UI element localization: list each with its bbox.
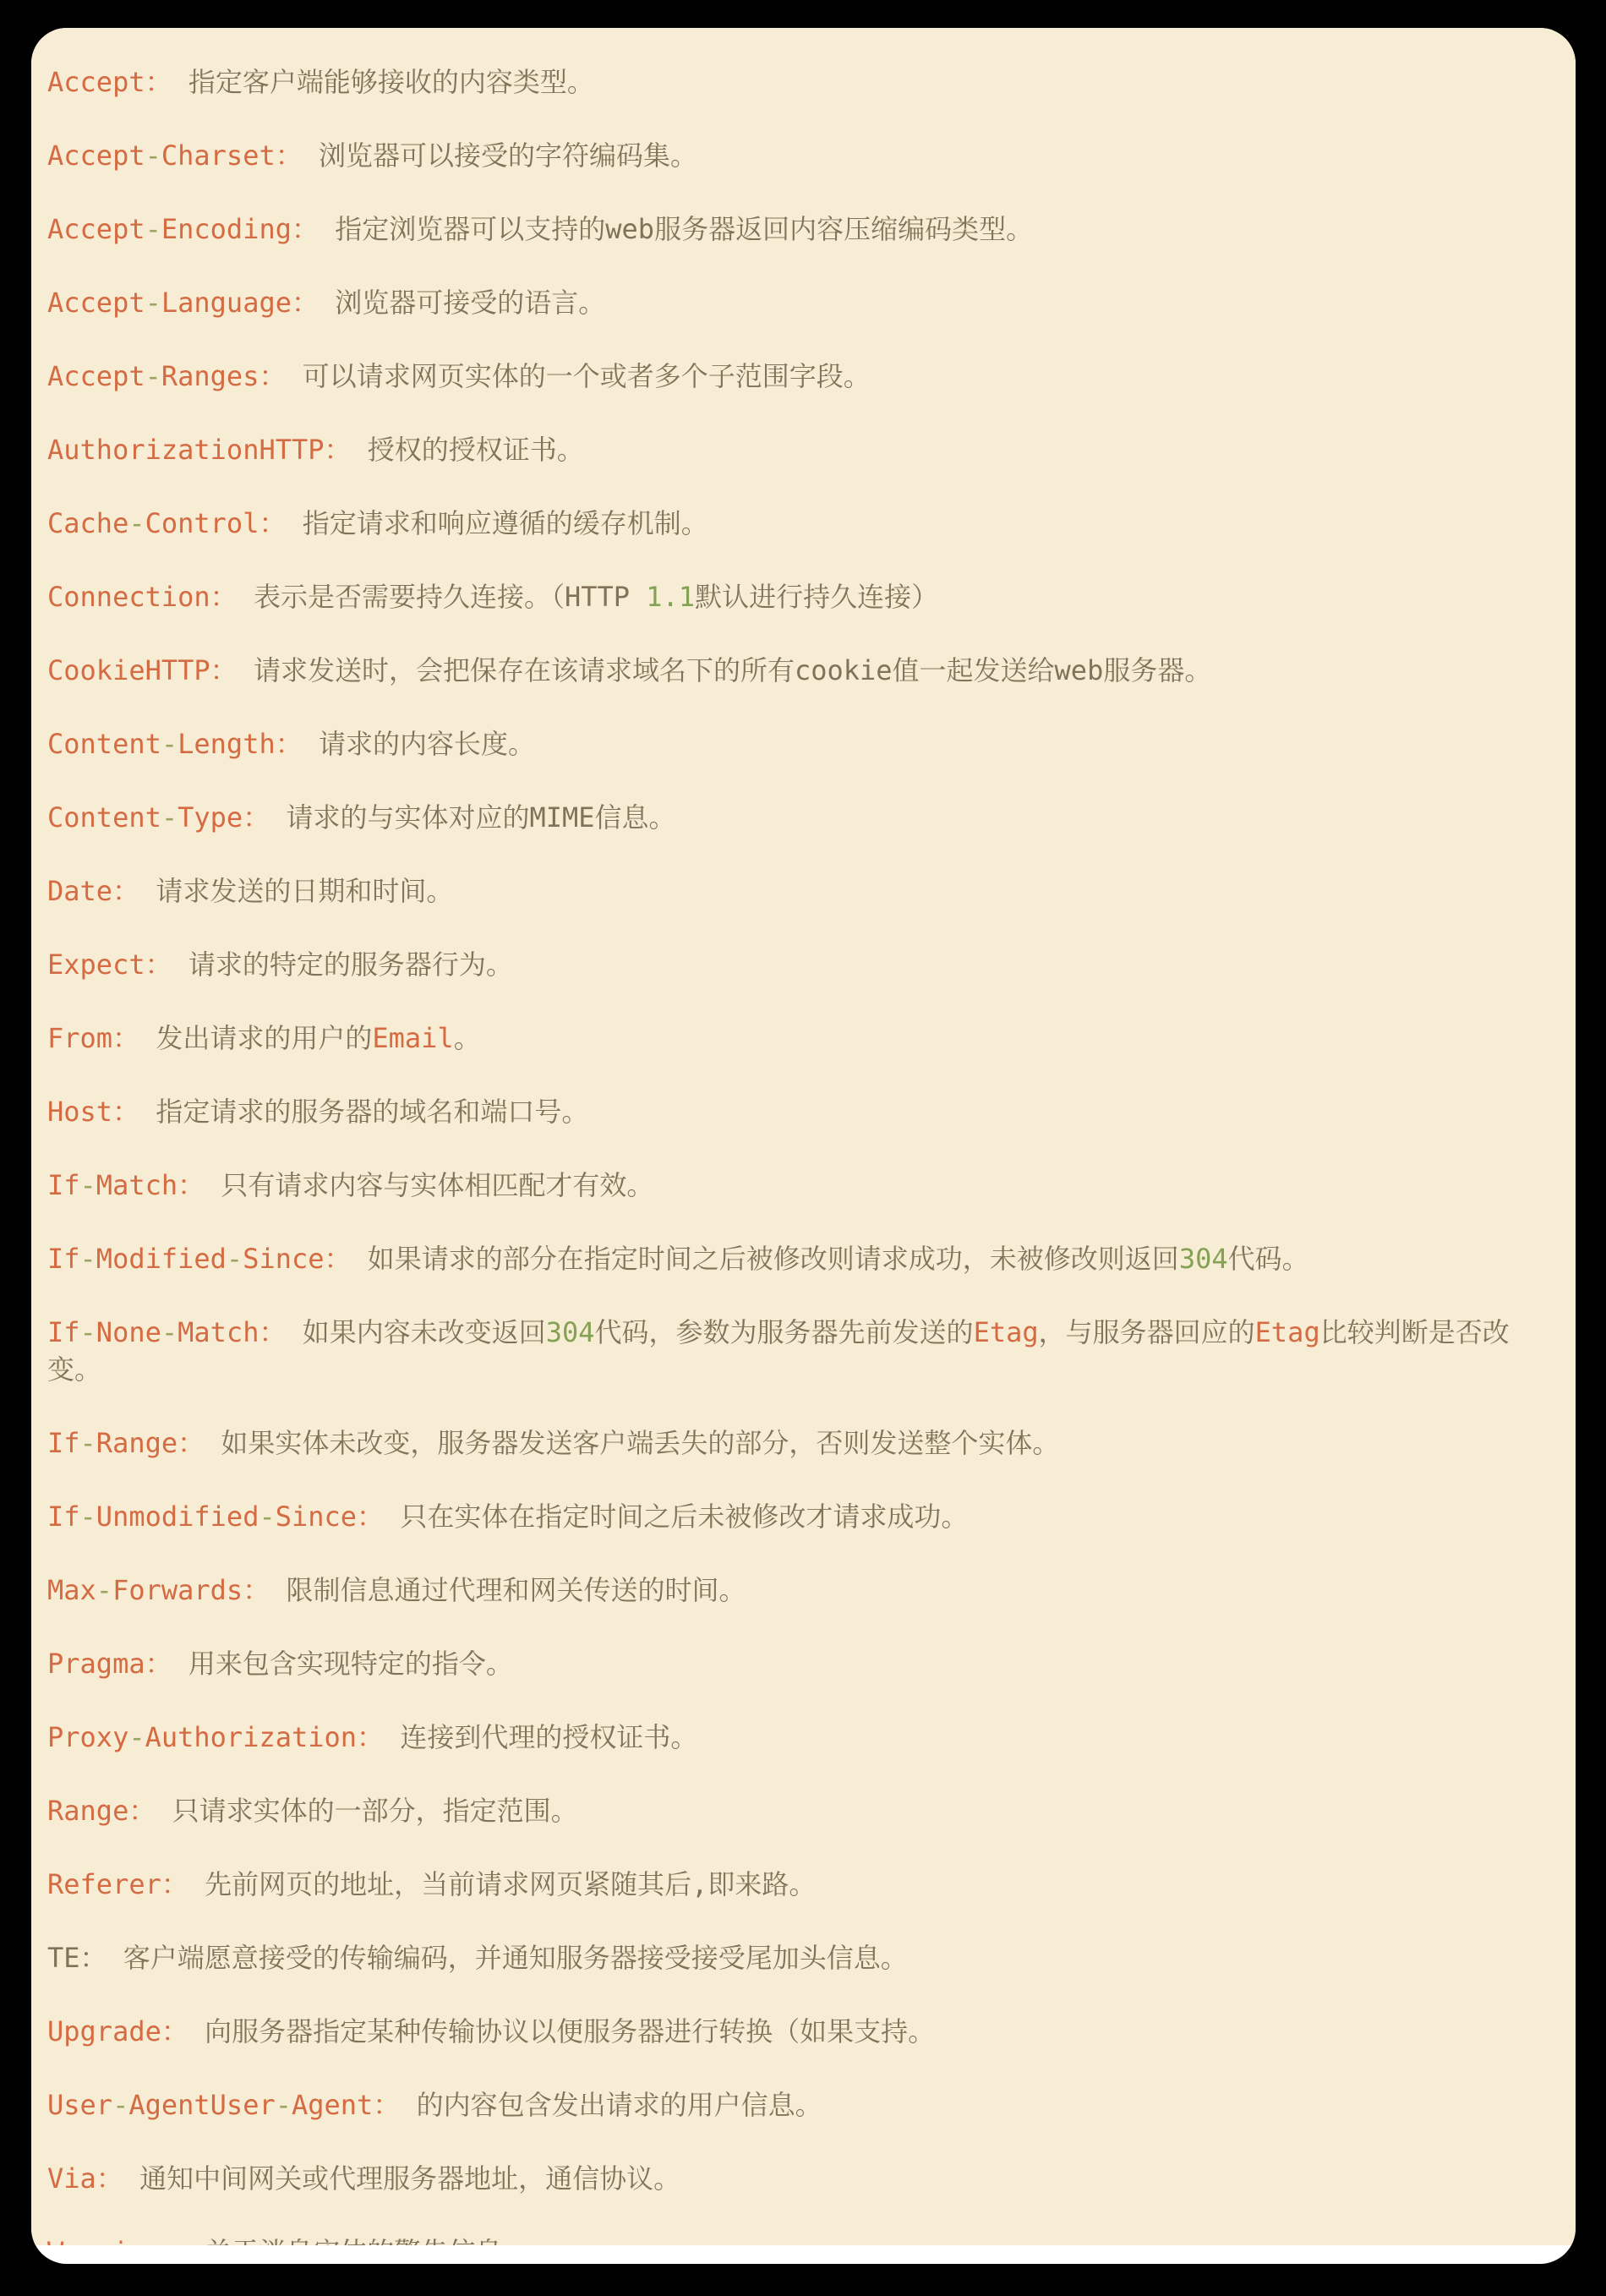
- header-line: Accept： 指定客户端能够接收的内容类型。: [47, 63, 1559, 101]
- header-line: Pragma： 用来包含实现特定的指令。: [47, 1645, 1559, 1682]
- number-token: 304: [1179, 1243, 1228, 1275]
- description-text: 只请求实体的一部分，指定范围。: [156, 1795, 577, 1827]
- header-line: Content-Length： 请求的内容长度。: [47, 725, 1559, 763]
- header-name: Modified: [96, 1243, 227, 1275]
- header-name: Cache: [47, 507, 128, 539]
- header-line: From： 发出请求的用户的Email。: [47, 1020, 1559, 1057]
- header-name: Type：: [178, 801, 270, 834]
- header-name: Since：: [276, 1501, 384, 1533]
- header-name: If: [47, 1316, 80, 1348]
- header-name: Accept: [47, 360, 145, 392]
- description-text: 指定请求的服务器的域名和端口号。: [139, 1096, 588, 1128]
- header-name: Agent：: [292, 2089, 400, 2121]
- header-line: Proxy-Authorization： 连接到代理的授权证书。: [47, 1719, 1559, 1756]
- description-text: 授权的授权证书。: [352, 434, 584, 466]
- header-line: Expect： 请求的特定的服务器行为。: [47, 946, 1559, 983]
- description-text: 请求的内容长度。: [303, 728, 535, 760]
- dash-token: -: [80, 1316, 96, 1348]
- description-text: 限制信息通过代理和网关传送的时间。: [270, 1574, 746, 1606]
- description-text: 请求的与实体对应的MIME信息。: [270, 801, 675, 834]
- header-name: None: [96, 1316, 161, 1348]
- header-name: Unmodified: [96, 1501, 259, 1533]
- dash-token: -: [128, 507, 145, 539]
- description-text: 可以请求网页实体的一个或者多个子范围字段。: [286, 360, 870, 392]
- dash-token: -: [161, 1316, 178, 1348]
- header-name: AuthorizationHTTP：: [47, 434, 352, 466]
- header-name: Expect：: [47, 948, 172, 981]
- dash-token: -: [227, 1243, 243, 1275]
- description-text: 。: [454, 1022, 481, 1054]
- header-line: If-None-Match： 如果内容未改变返回304代码，参数为服务器先前发送…: [47, 1314, 1559, 1388]
- dash-token: -: [145, 213, 161, 245]
- header-line: TE： 客户端愿意接受的传输编码，并通知服务器接受接受尾加头信息。: [47, 1939, 1559, 1976]
- header-line: User-AgentUser-Agent： 的内容包含发出请求的用户信息。: [47, 2086, 1559, 2124]
- description-text: 通知中间网关或代理服务器地址，通信协议。: [123, 2162, 680, 2195]
- header-name: Match：: [96, 1169, 205, 1201]
- header-name: Authorization：: [145, 1721, 384, 1753]
- header-name: Encoding：: [161, 213, 319, 245]
- header-line: Date： 请求发送的日期和时间。: [47, 872, 1559, 910]
- description-text: 关于消息实体的警告信息: [188, 2236, 502, 2245]
- description-text: 发出请求的用户的: [139, 1022, 372, 1054]
- header-line: If-Modified-Since： 如果请求的部分在指定时间之后被修改则请求成…: [47, 1240, 1559, 1277]
- description-text: 如果请求的部分在指定时间之后被修改则请求成功，未被修改则返回: [352, 1243, 1179, 1275]
- dash-token: -: [80, 1501, 96, 1533]
- header-line: Accept-Encoding： 指定浏览器可以支持的web服务器返回内容压缩编…: [47, 210, 1559, 248]
- header-name: Match：: [178, 1316, 286, 1348]
- dash-token: -: [145, 287, 161, 319]
- description-text: 只在实体在指定时间之后未被修改才请求成功。: [384, 1501, 968, 1533]
- header-line: AuthorizationHTTP： 授权的授权证书。: [47, 431, 1559, 468]
- description-text: 指定客户端能够接收的内容类型。: [172, 66, 594, 98]
- header-name: Ranges：: [161, 360, 287, 392]
- header-line: Host： 指定请求的服务器的域名和端口号。: [47, 1093, 1559, 1130]
- dash-token: -: [80, 1243, 96, 1275]
- dash-token: -: [145, 139, 161, 172]
- header-name: Accept：: [47, 66, 172, 98]
- header-line: CookieHTTP： 请求发送时，会把保存在该请求域名下的所有cookie值一…: [47, 652, 1559, 689]
- header-line: Content-Type： 请求的与实体对应的MIME信息。: [47, 799, 1559, 836]
- page-card: Accept： 指定客户端能够接收的内容类型。Accept-Charset： 浏…: [31, 28, 1576, 2264]
- description-text: 用来包含实现特定的指令。: [172, 1648, 513, 1680]
- header-name: Max: [47, 1574, 96, 1606]
- dash-token: -: [80, 1169, 96, 1201]
- header-line: Accept-Ranges： 可以请求网页实体的一个或者多个子范围字段。: [47, 358, 1559, 395]
- header-line: Accept-Language： 浏览器可接受的语言。: [47, 284, 1559, 321]
- header-line: If-Match： 只有请求内容与实体相匹配才有效。: [47, 1167, 1559, 1204]
- description-text: 请求发送的日期和时间。: [139, 875, 453, 907]
- header-line: Warning： 关于消息实体的警告信息: [47, 2233, 1559, 2245]
- number-token: 1.1: [646, 581, 695, 613]
- description-text: 如果实体未改变，服务器发送客户端丢失的部分，否则发送整个实体。: [205, 1427, 1059, 1459]
- header-name: From：: [47, 1022, 139, 1054]
- description-text: 向服务器指定某种传输协议以便服务器进行转换（如果支持。: [188, 2015, 935, 2047]
- header-name: Warning：: [47, 2236, 188, 2245]
- dash-token: -: [161, 801, 178, 834]
- description-text: TE： 客户端愿意接受的传输编码，并通知服务器接受接受尾加头信息。: [47, 1942, 908, 1974]
- description-text: 指定请求和响应遵循的缓存机制。: [286, 507, 707, 539]
- header-line: Range： 只请求实体的一部分，指定范围。: [47, 1792, 1559, 1829]
- dash-token: -: [161, 728, 178, 760]
- number-token: 304: [546, 1316, 595, 1348]
- header-line: If-Range： 如果实体未改变，服务器发送客户端丢失的部分，否则发送整个实体…: [47, 1424, 1559, 1462]
- header-name: Length：: [178, 728, 303, 760]
- description-text: 代码。: [1228, 1243, 1309, 1275]
- description-text: 先前网页的地址，当前请求网页紧随其后,即来路。: [188, 1868, 817, 1900]
- header-line: Via： 通知中间网关或代理服务器地址，通信协议。: [47, 2160, 1559, 2197]
- dash-token: -: [145, 360, 161, 392]
- dash-token: -: [276, 2089, 292, 2121]
- header-name: Content: [47, 728, 161, 760]
- description-text: 代码，参数为服务器先前发送的: [595, 1316, 974, 1348]
- header-name: Proxy: [47, 1721, 128, 1753]
- header-name: Forwards：: [112, 1574, 270, 1606]
- dash-token: -: [112, 2089, 128, 2121]
- header-name: CookieHTTP：: [47, 654, 238, 686]
- description-text: 的内容包含发出请求的用户信息。: [400, 2089, 822, 2121]
- header-name: Content: [47, 801, 161, 834]
- description-text: 只有请求内容与实体相匹配才有效。: [205, 1169, 653, 1201]
- header-name: If: [47, 1501, 80, 1533]
- description-text: 请求的特定的服务器行为。: [172, 948, 513, 981]
- description-text: 连接到代理的授权证书。: [384, 1721, 697, 1753]
- dash-token: -: [80, 1427, 96, 1459]
- header-name: Host：: [47, 1096, 139, 1128]
- description-text: 浏览器可接受的语言。: [319, 287, 605, 319]
- header-line: Accept-Charset： 浏览器可以接受的字符编码集。: [47, 137, 1559, 174]
- header-name: User: [47, 2089, 112, 2121]
- dash-token: -: [259, 1501, 275, 1533]
- header-name: AgentUser: [128, 2089, 275, 2121]
- header-line: If-Unmodified-Since： 只在实体在指定时间之后未被修改才请求成…: [47, 1498, 1559, 1535]
- header-name: Via：: [47, 2162, 123, 2195]
- http-headers-code-block: Accept： 指定客户端能够接收的内容类型。Accept-Charset： 浏…: [31, 28, 1576, 2245]
- header-name: Accept: [47, 213, 145, 245]
- description-text: 请求发送时，会把保存在该请求域名下的所有cookie值一起发送给web服务器。: [238, 654, 1212, 686]
- description-text: ，与服务器回应的: [1039, 1316, 1255, 1348]
- description-text: 指定浏览器可以支持的web服务器返回内容压缩编码类型。: [319, 213, 1033, 245]
- header-line: Max-Forwards： 限制信息通过代理和网关传送的时间。: [47, 1572, 1559, 1609]
- header-name: Email: [372, 1022, 453, 1054]
- header-name: Language：: [161, 287, 319, 319]
- dash-token: -: [96, 1574, 112, 1606]
- header-name: Connection：: [47, 581, 238, 613]
- header-line: Upgrade： 向服务器指定某种传输协议以便服务器进行转换（如果支持。: [47, 2013, 1559, 2050]
- header-name: If: [47, 1243, 80, 1275]
- header-name: If: [47, 1427, 80, 1459]
- description-text: 如果内容未改变返回: [286, 1316, 545, 1348]
- header-name: Accept: [47, 139, 145, 172]
- header-name: Control：: [145, 507, 287, 539]
- description-text: 默认进行持久连接）: [695, 581, 938, 613]
- header-name: Etag: [974, 1316, 1039, 1348]
- header-name: Etag: [1255, 1316, 1320, 1348]
- header-name: Pragma：: [47, 1648, 172, 1680]
- header-line: Connection： 表示是否需要持久连接。（HTTP 1.1默认进行持久连接…: [47, 578, 1559, 615]
- header-name: If: [47, 1169, 80, 1201]
- header-name: Accept: [47, 287, 145, 319]
- description-text: 浏览器可以接受的字符编码集。: [303, 139, 697, 172]
- header-name: Charset：: [161, 139, 303, 172]
- header-line: Referer： 先前网页的地址，当前请求网页紧随其后,即来路。: [47, 1866, 1559, 1903]
- header-name: Referer：: [47, 1868, 188, 1900]
- header-name: Range：: [47, 1795, 156, 1827]
- header-line: Cache-Control： 指定请求和响应遵循的缓存机制。: [47, 505, 1559, 542]
- header-name: Date：: [47, 875, 139, 907]
- header-name: Upgrade：: [47, 2015, 188, 2047]
- description-text: 表示是否需要持久连接。（HTTP: [238, 581, 647, 613]
- dash-token: -: [128, 1721, 145, 1753]
- header-name: Since：: [243, 1243, 351, 1275]
- header-name: Range：: [96, 1427, 205, 1459]
